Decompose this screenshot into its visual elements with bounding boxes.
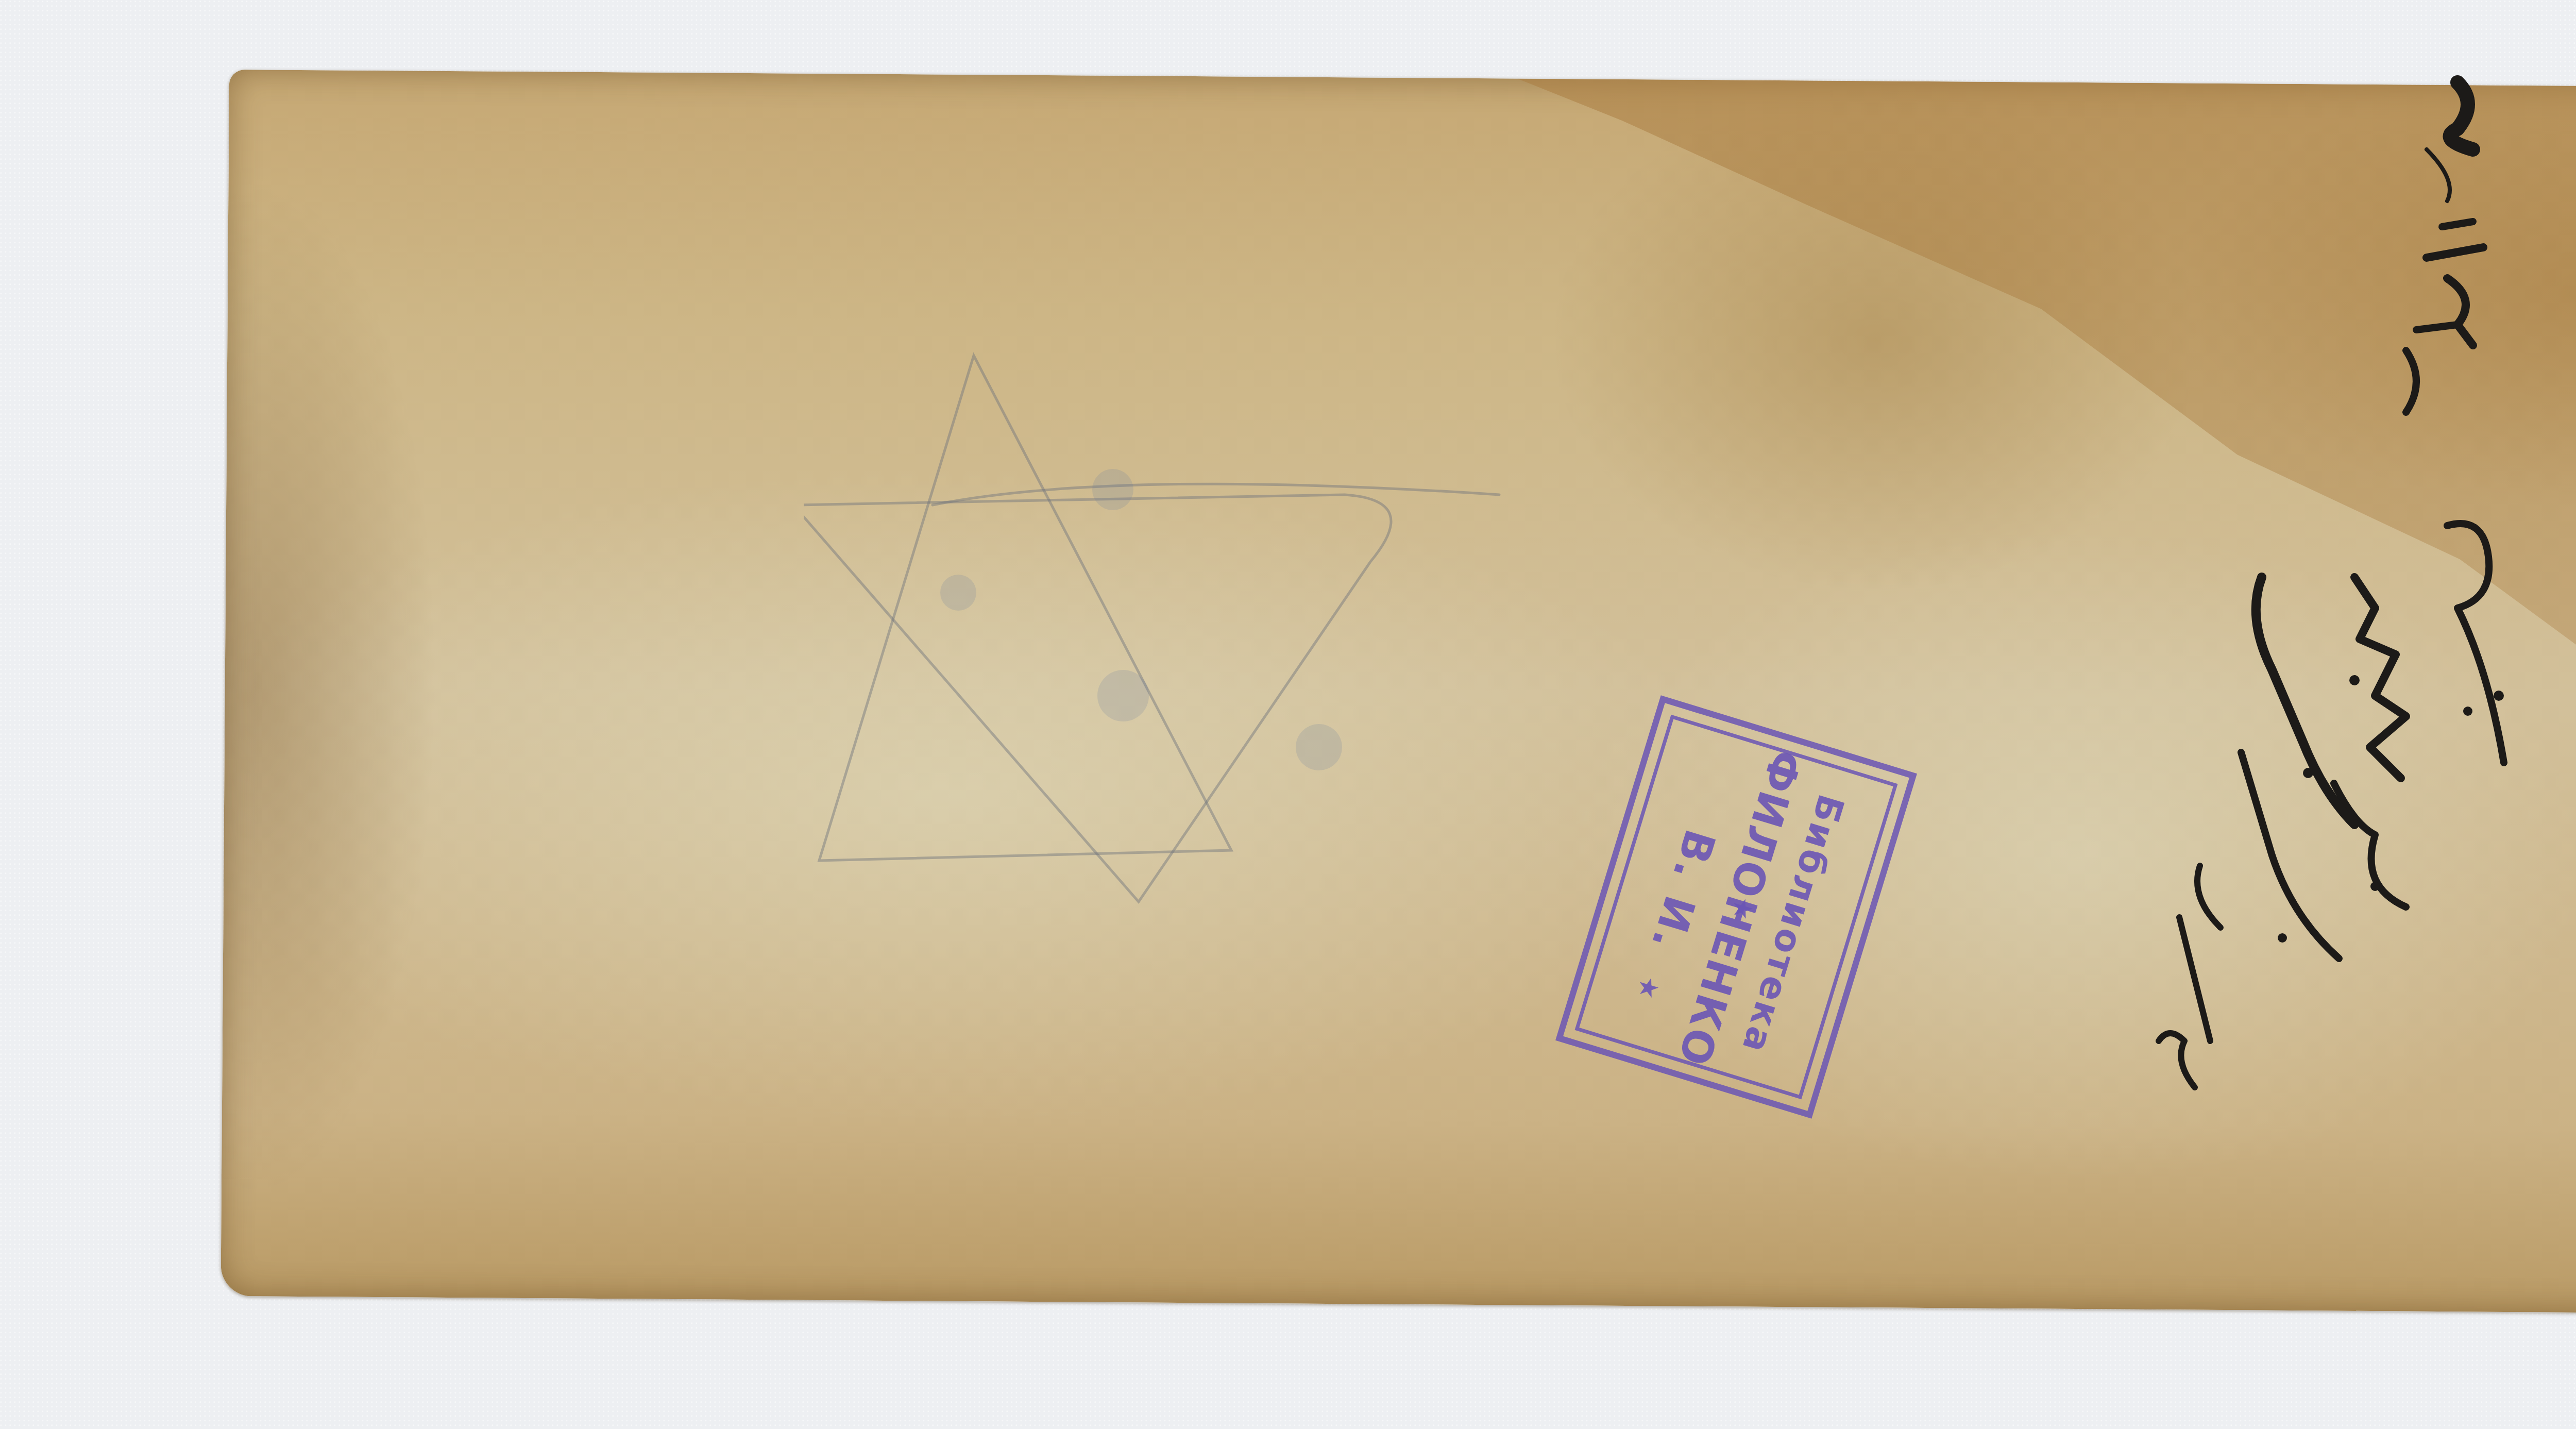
pencil-star-sketch <box>804 335 1525 953</box>
handwritten-annotation <box>2138 62 2576 1247</box>
